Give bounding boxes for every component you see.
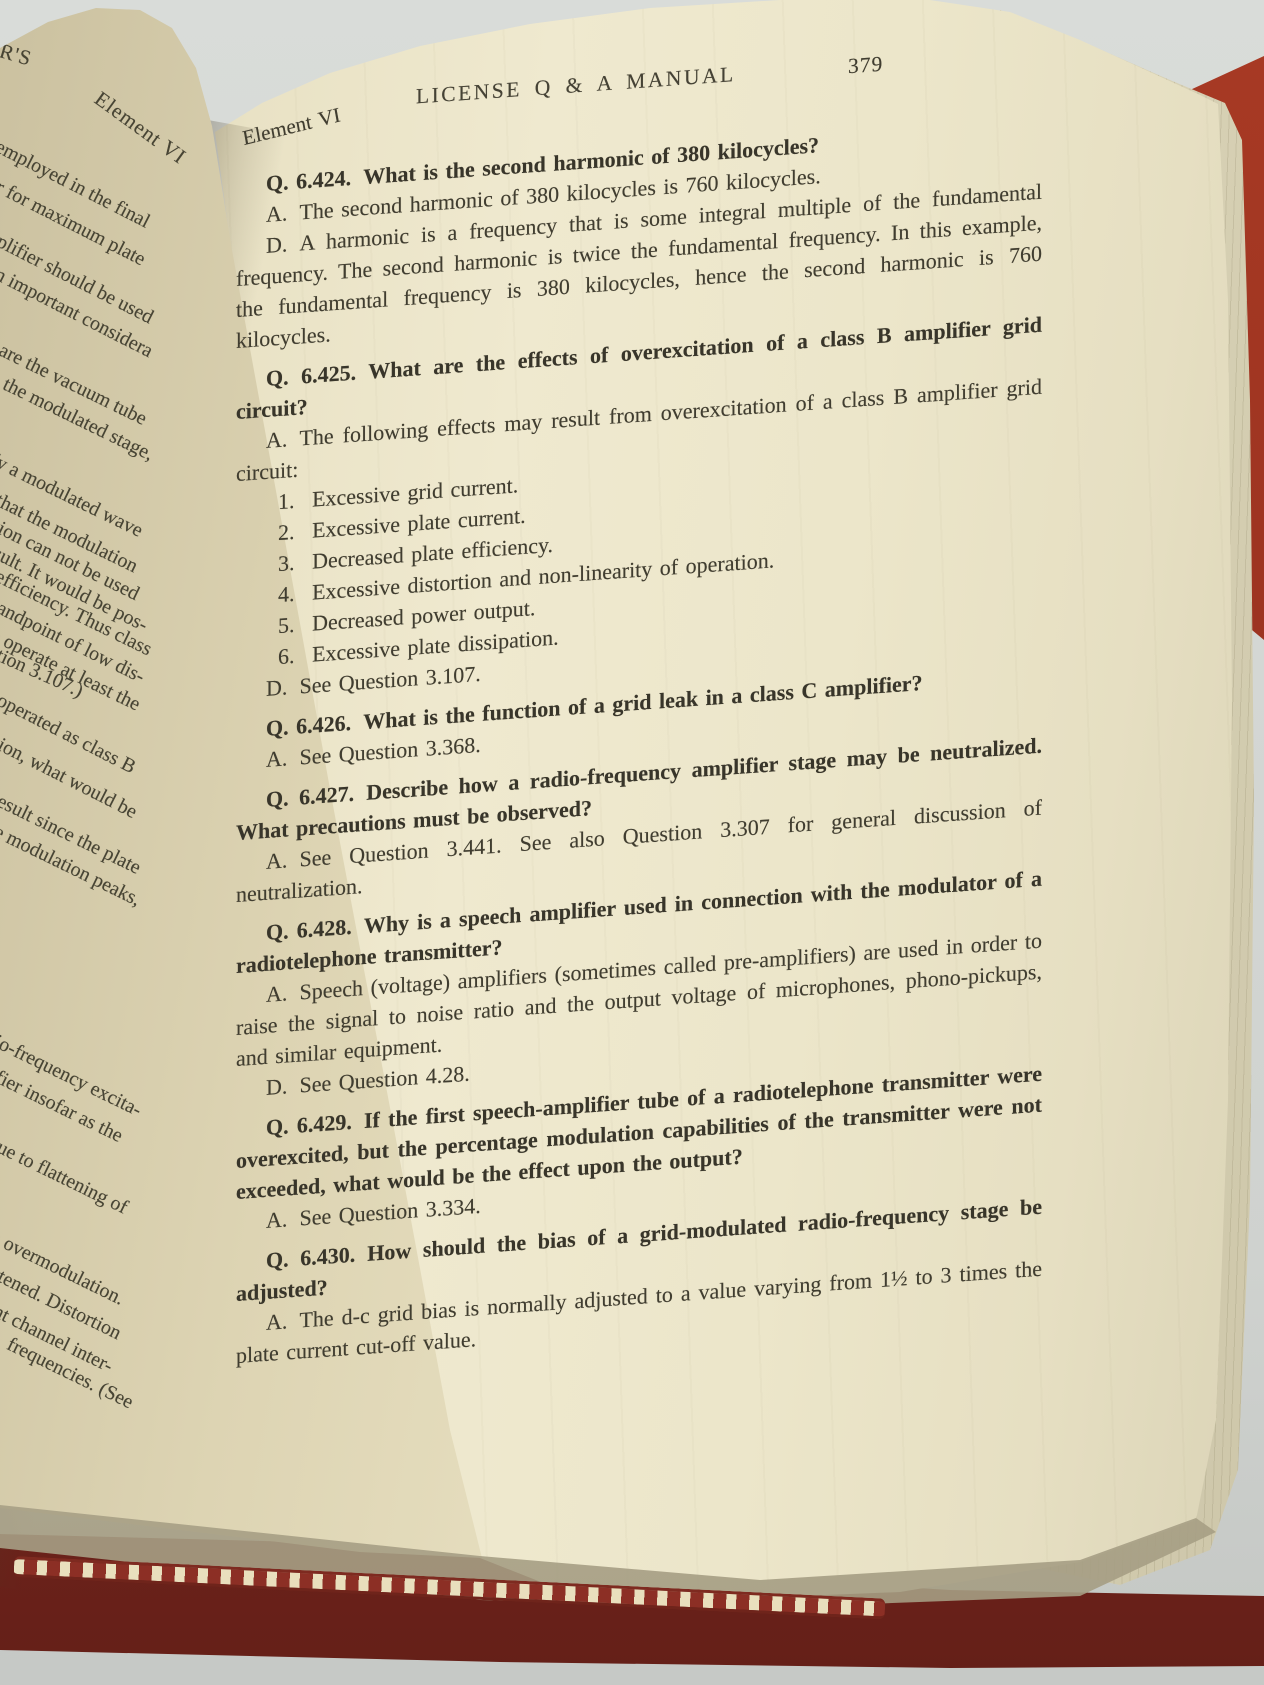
qa-paragraph-lead: D.: [266, 231, 287, 257]
section-label-left-page: Element VI: [90, 86, 191, 169]
qa-paragraph-lead: A.: [266, 200, 287, 226]
qa-paragraph-lead: Q. 6.424.: [266, 165, 351, 196]
qa-paragraph-lead: Q. 6.425.: [266, 360, 356, 391]
book-photo-scene: { "book": { "cover_color": "#8e2f26", "p…: [0, 0, 1264, 1685]
left-page-header-fragment: R'S: [0, 38, 35, 71]
left-page-fragment: ue to flattening of: [0, 1136, 131, 1219]
qa-paragraph-lead: 1.: [278, 488, 295, 514]
qa-paragraph-lead: A.: [266, 426, 287, 452]
page-number: 379: [848, 49, 883, 82]
